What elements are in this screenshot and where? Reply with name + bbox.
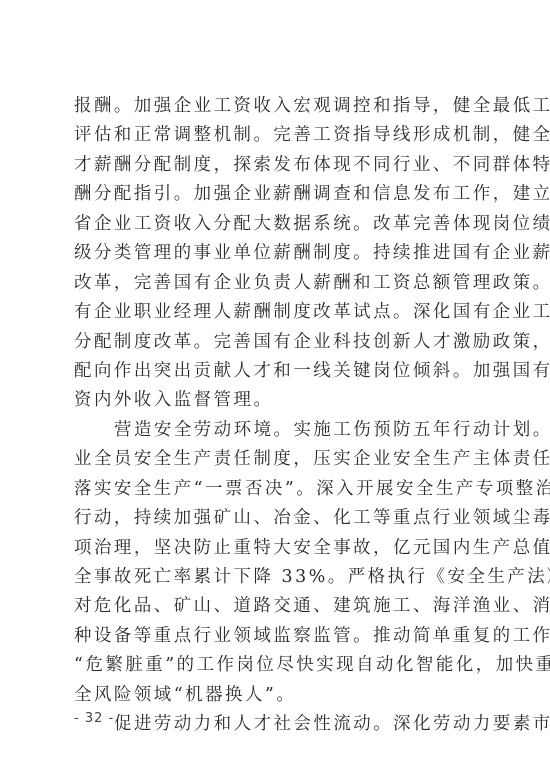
text-line: 评估和正常调整机制。完善工资指导线形成机制，健全技能人 [74, 121, 480, 150]
text-line: “危繁脏重”的工作岗位尽快实现自动化智能化，加快重大安 [74, 651, 480, 680]
text-line-paragraph-start: 营造安全劳动环境。实施工伤预防五年行动计划。建立企 [74, 416, 480, 445]
text-line: 全事故死亡率累计下降 33%。严格执行《安全生产法》，强化 [74, 563, 480, 592]
text-line: 配向作出突出贡献人才和一线关键岗位倾斜。加强国有企业工 [74, 357, 480, 386]
page-number: - 32 - [74, 711, 114, 726]
text-line: 才薪酬分配制度，探索发布体现不同行业、不同群体特征的薪 [74, 151, 480, 180]
text-line: 分配制度改革。完善国有企业科技创新人才激励政策，推动分 [74, 328, 480, 357]
text-line-paragraph-end: 全风险领域“机器换人”。 [74, 681, 480, 710]
text-line: 项治理，坚决防止重特大安全事故，亿元国内生产总值生产安 [74, 534, 480, 563]
text-line: 种设备等重点行业领域监察监管。推动简单重复的工作环节和 [74, 622, 480, 651]
text-line: 有企业职业经理人薪酬制度改革试点。深化国有企业工资内部 [74, 298, 480, 327]
text-line: 报酬。加强企业工资收入宏观调控和指导，健全最低工资标准 [74, 92, 480, 121]
text-line: 业全员安全生产责任制度，压实企业安全生产主体责任，严格 [74, 445, 480, 474]
text-line: 酬分配指引。加强企业薪酬调查和信息发布工作，建立完善全 [74, 180, 480, 209]
body-text: 报酬。加强企业工资收入宏观调控和指导，健全最低工资标准 评估和正常调整机制。完善… [74, 92, 480, 740]
text-line-paragraph-start: 促进劳动力和人才社会性流动。深化劳动力要素市场化配 [74, 710, 480, 739]
text-line: 落实安全生产“一票否决”。深入开展安全生产专项整治三年 [74, 475, 480, 504]
text-line: 对危化品、矿山、道路交通、建筑施工、海洋渔业、消防、特 [74, 592, 480, 621]
text-line: 行动，持续加强矿山、冶金、化工等重点行业领域尘毒危害专 [74, 504, 480, 533]
text-line: 改革，完善国有企业负责人薪酬和工资总额管理政策。推进国 [74, 269, 480, 298]
text-line: 省企业工资收入分配大数据系统。改革完善体现岗位绩效和分 [74, 210, 480, 239]
document-page: 报酬。加强企业工资收入宏观调控和指导，健全最低工资标准 评估和正常调整机制。完善… [0, 0, 550, 777]
text-line: 级分类管理的事业单位薪酬制度。持续推进国有企业薪酬制度 [74, 239, 480, 268]
text-line-paragraph-end: 资内外收入监督管理。 [74, 386, 480, 415]
